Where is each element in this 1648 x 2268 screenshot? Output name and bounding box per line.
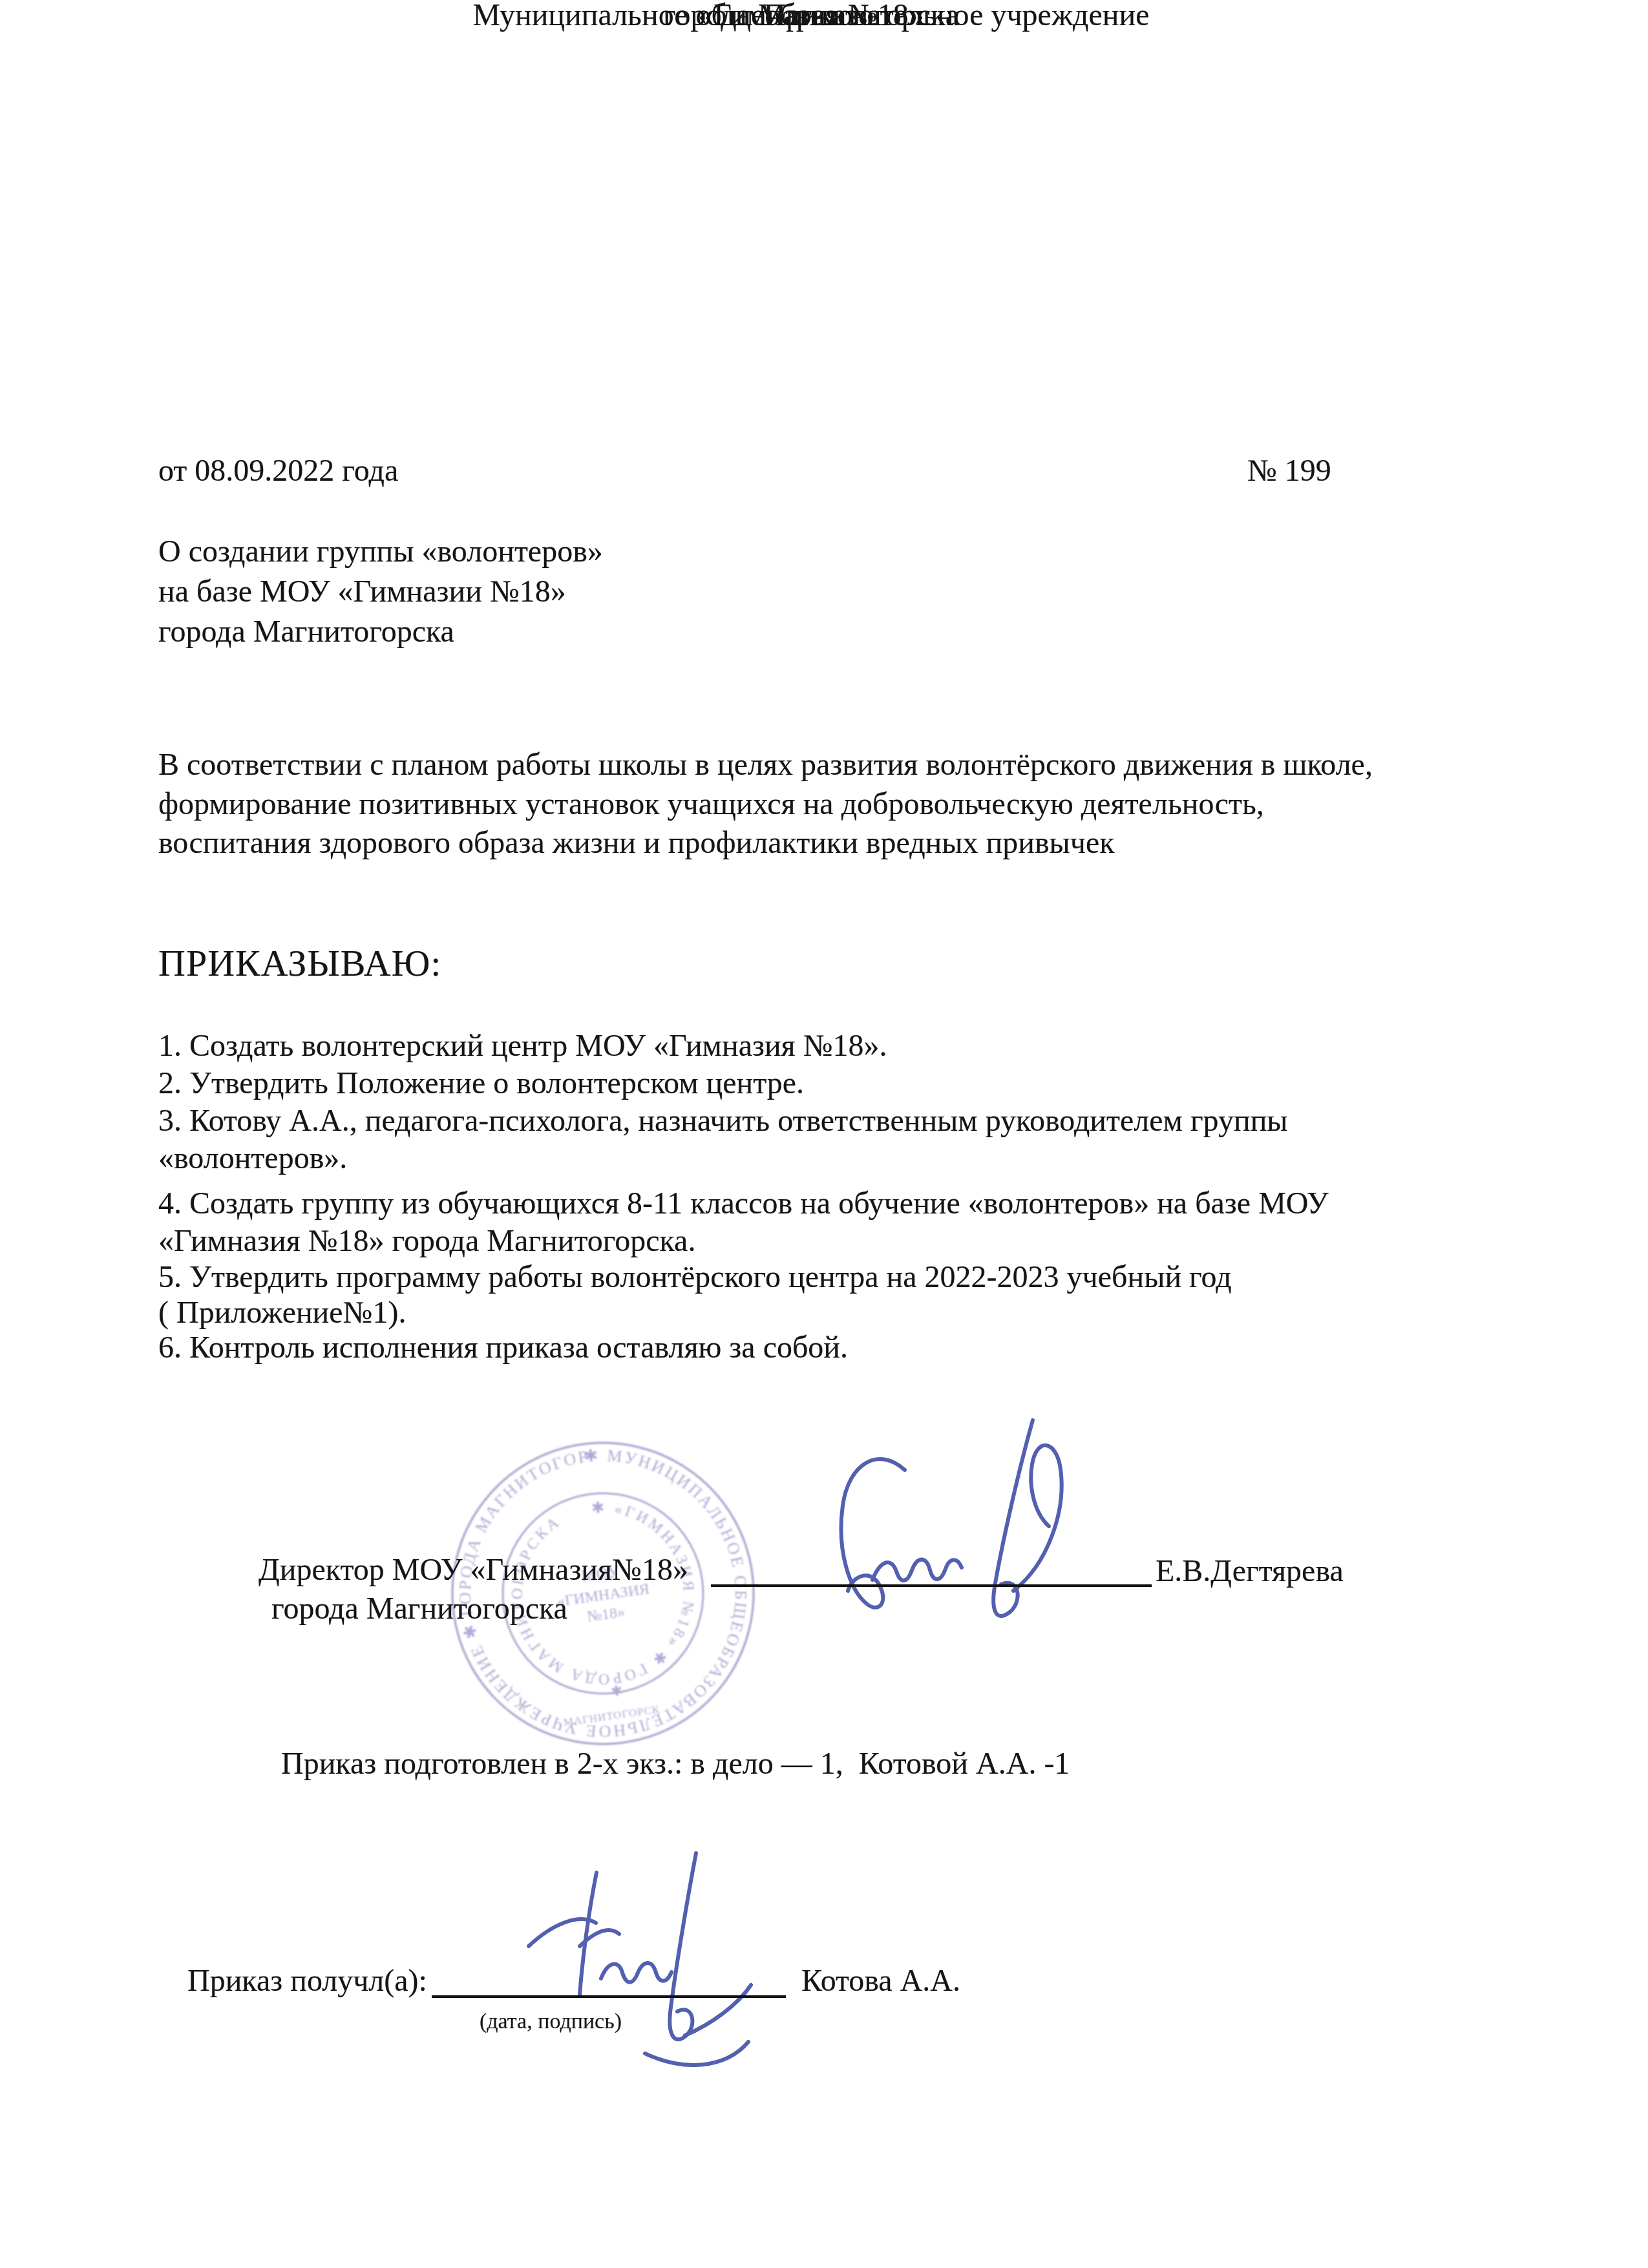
receipt-signature-rule	[432, 1995, 786, 1998]
order-item-3: 3. Котову А.А., педагога-психолога, назн…	[158, 1106, 1288, 1137]
stamp-center-line-3: №18»	[586, 1604, 626, 1626]
order-item-4: 4. Создать группу из обучающихся 8-11 кл…	[158, 1188, 1329, 1219]
order-item-4-cont: «Гимназия №18» города Магнитогорска.	[158, 1226, 695, 1257]
director-signature	[776, 1409, 1086, 1654]
director-name: Е.В.Дегтярева	[1156, 1556, 1344, 1587]
subject-line-2: на базе МОУ «Гимназии №18»	[158, 576, 566, 607]
prepared-note: Приказ подготовлен в 2-х экз.: в дело — …	[281, 1748, 1070, 1780]
preamble-line-3: воспитания здорового образа жизни и проф…	[158, 828, 1115, 859]
order-item-3-cont: «волонтеров».	[158, 1143, 347, 1174]
recipient-signature	[491, 1848, 795, 2074]
decree-heading: ПРИКАЗЫВАЮ:	[158, 945, 441, 982]
subject-line-1: О создании группы «волонтеров»	[158, 536, 603, 567]
order-item-5-cont: ( Приложение№1).	[158, 1297, 406, 1328]
scanned-order-document: Муниципальное общеобразовательное учрежд…	[0, 0, 1648, 2268]
order-item-1: 1. Создать волонтерский центр МОУ «Гимна…	[158, 1031, 887, 1062]
receipt-label: Приказ получл(а):	[187, 1966, 427, 1997]
order-number: № 199	[1247, 456, 1331, 487]
order-item-6: 6. Контроль исполнения приказа оставляю …	[158, 1332, 848, 1363]
stamp-asterisk: ✱	[609, 1682, 624, 1699]
preamble-line-2: формирование позитивных установок учащих…	[158, 789, 1264, 820]
director-signature-rule	[711, 1584, 1152, 1587]
director-role-line-1: Директор МОУ «Гимназия№18»	[259, 1555, 688, 1586]
order-item-2: 2. Утвердить Положение о волонтерском це…	[158, 1068, 804, 1099]
preamble-line-1: В соответствии с планом работы школы в ц…	[158, 750, 1373, 781]
director-role-line-2: города Магнитогорска	[271, 1593, 567, 1624]
order-date: от 08.09.2022 года	[158, 456, 398, 487]
document-title: Приказ	[763, 0, 858, 32]
receipt-hint: (дата, подпись)	[480, 2011, 622, 2033]
receipt-name: Котова А.А.	[801, 1966, 960, 1997]
subject-line-3: города Магнитогорска	[158, 616, 454, 647]
order-item-5: 5. Утвердить программу работы волонтёрск…	[158, 1262, 1232, 1293]
